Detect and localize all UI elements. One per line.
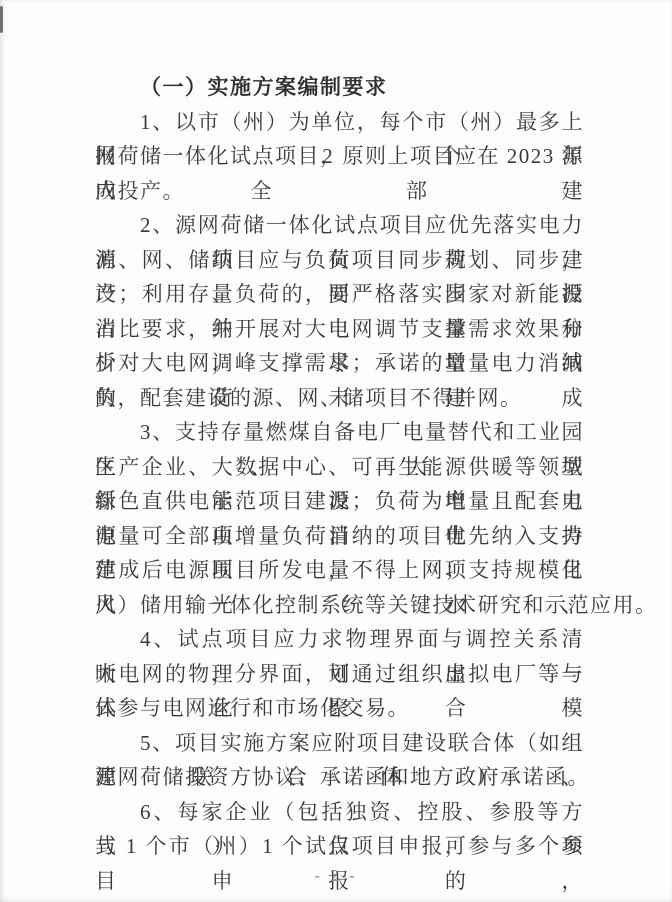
page-number: - 2 - [0,864,672,888]
body-text-line: 绿色直供电示范项目建设；负荷为增量且配套电源项目电力 [95,484,584,519]
body-text-line: 源、网、储项目应与负荷项目同步规划、同步建设、同步投 [95,243,584,278]
body-text-line: 建成后电源项目所发电量不得上网；支持规模化风光（水、 [95,553,584,588]
body-text-line: 生产企业、大数据中心、可再生能源供暖等领域新能源电力 [95,450,584,485]
document-lines: （一）实施方案编制要求1、以市（州）为单位，每个市（州）最多上报 2 个源网荷储… [95,70,584,864]
body-text-line: 电量可全部由增量负荷消纳的项目优先纳入支持范围，项目 [95,519,584,554]
document-page: （一）实施方案编制要求1、以市（州）为单位，每个市（州）最多上报 2 个源网荷储… [0,0,672,902]
scan-edge-artifact [0,6,3,33]
body-text-line: 源网荷储投资方协议、承诺函和地方政府承诺函。 [95,760,584,795]
body-text-line: 大电网的物理分界面，可通过组织虚拟电厂等一体化聚合模 [95,657,584,692]
body-text-line: 火）储用输一体化控制系统等关键技术研究和示范应用。 [95,588,584,623]
body-text-line: 4、试点项目应力求物理界面与调控关系清晰，划出与 [95,622,584,657]
body-text-line: 5、项目实施方案应附项目建设联合体（如组建联合体）、 [95,726,584,761]
body-text-line: 6、每家企业（包括独资、控股、参股等方式）仅可参 [95,795,584,830]
body-text-line: 少对大电网调峰支撑需求；承诺的增量电力消纳负荷未建成 [95,346,584,381]
body-text-line: 3、支持存量燃煤自备电厂电量替代和工业园区、大型 [95,415,584,450]
body-text-line: 2、源网荷储一体化试点项目应优先落实电力消纳负荷， [95,208,584,243]
body-text-line: 的，配套建设的源、网、储项目不得并网。 [95,381,584,416]
body-text-line: 与 1 个市（州）1 个试点项目申报，参与多个项目申报的， [95,829,584,864]
body-text-line: 1、以市（州）为单位，每个市（州）最多上报 2 个源 [95,105,584,140]
body-text-line: 产；利用存量负荷的，要严格落实国家对新能源消纳电量和 [95,277,584,312]
body-text-line: 网荷储一体化试点项目，原则上项目应在 2023 年内全部建 [95,139,584,174]
section-heading: （一）实施方案编制要求 [95,70,584,105]
body-text-line: 占比要求，并开展对大电网调节支撑需求效果分析，尽量减 [95,312,584,347]
